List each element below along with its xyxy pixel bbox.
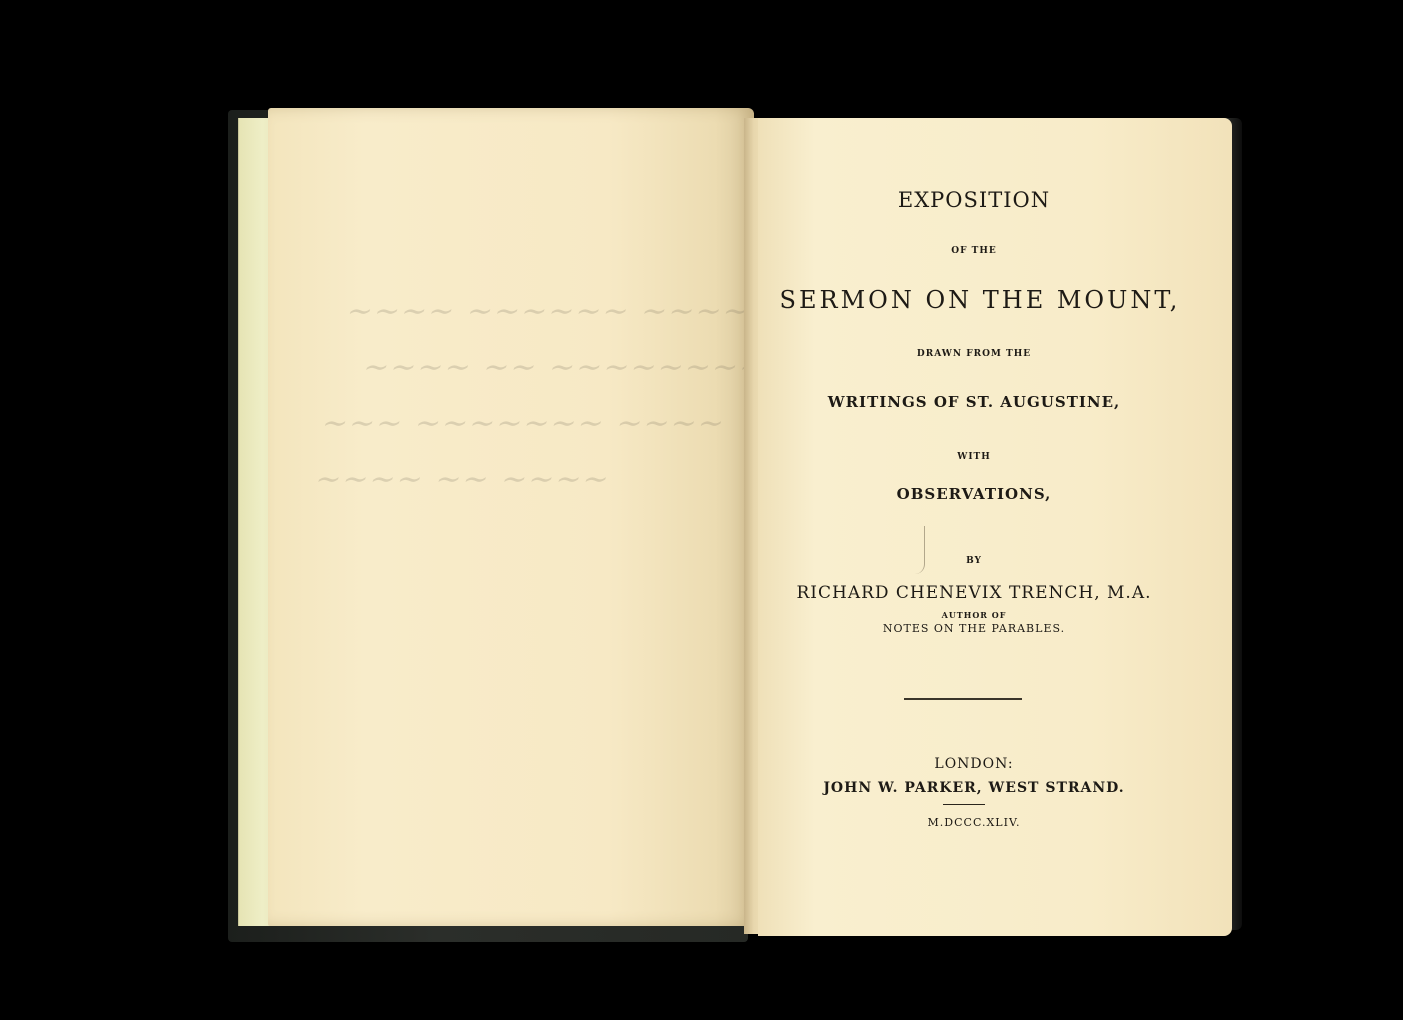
pencil-mark <box>912 526 925 574</box>
title-by: BY <box>758 556 1190 566</box>
previous-work: NOTES ON THE PARABLES. <box>758 622 1190 635</box>
author-name: RICHARD CHENEVIX TRENCH, M.A. <box>758 583 1190 603</box>
imprint-place: LONDON: <box>758 756 1190 772</box>
title-with: WITH <box>758 452 1190 462</box>
imprint-publisher: JOHN W. PARKER, WEST STRAND. <box>758 780 1190 796</box>
title-drawn-from-the: DRAWN FROM THE <box>758 349 1190 359</box>
title-page-text: EXPOSITION OF THE SERMON ON THE MOUNT, D… <box>758 118 1190 936</box>
title-observations: OBSERVATIONS, <box>758 485 1190 503</box>
faint-inscription: ~~~~ ~~~~~~ ~~~~~ ~~~~ ~~ ~~~~~~~~ ~~~ ~… <box>284 284 777 508</box>
title-writings-of-augustine: WRITINGS OF ST. AUGUSTINE, <box>758 393 1190 411</box>
title-of-the: OF THE <box>758 246 1190 256</box>
author-of-label: AUTHOR OF <box>758 610 1190 620</box>
left-page-verso: ~~~~ ~~~~~~ ~~~~~ ~~~~ ~~ ~~~~~~~~ ~~~ ~… <box>268 108 754 926</box>
short-divider-rule <box>943 804 985 805</box>
title-exposition: EXPOSITION <box>758 188 1190 212</box>
title-sermon-on-the-mount: SERMON ON THE MOUNT, <box>764 286 1196 314</box>
right-page-title: EXPOSITION OF THE SERMON ON THE MOUNT, D… <box>758 118 1232 936</box>
imprint-year: M.DCCC.XLIV. <box>758 816 1190 829</box>
open-book: ~~~~ ~~~~~~ ~~~~~ ~~~~ ~~ ~~~~~~~~ ~~~ ~… <box>0 0 1403 1020</box>
divider-rule <box>904 698 1022 700</box>
